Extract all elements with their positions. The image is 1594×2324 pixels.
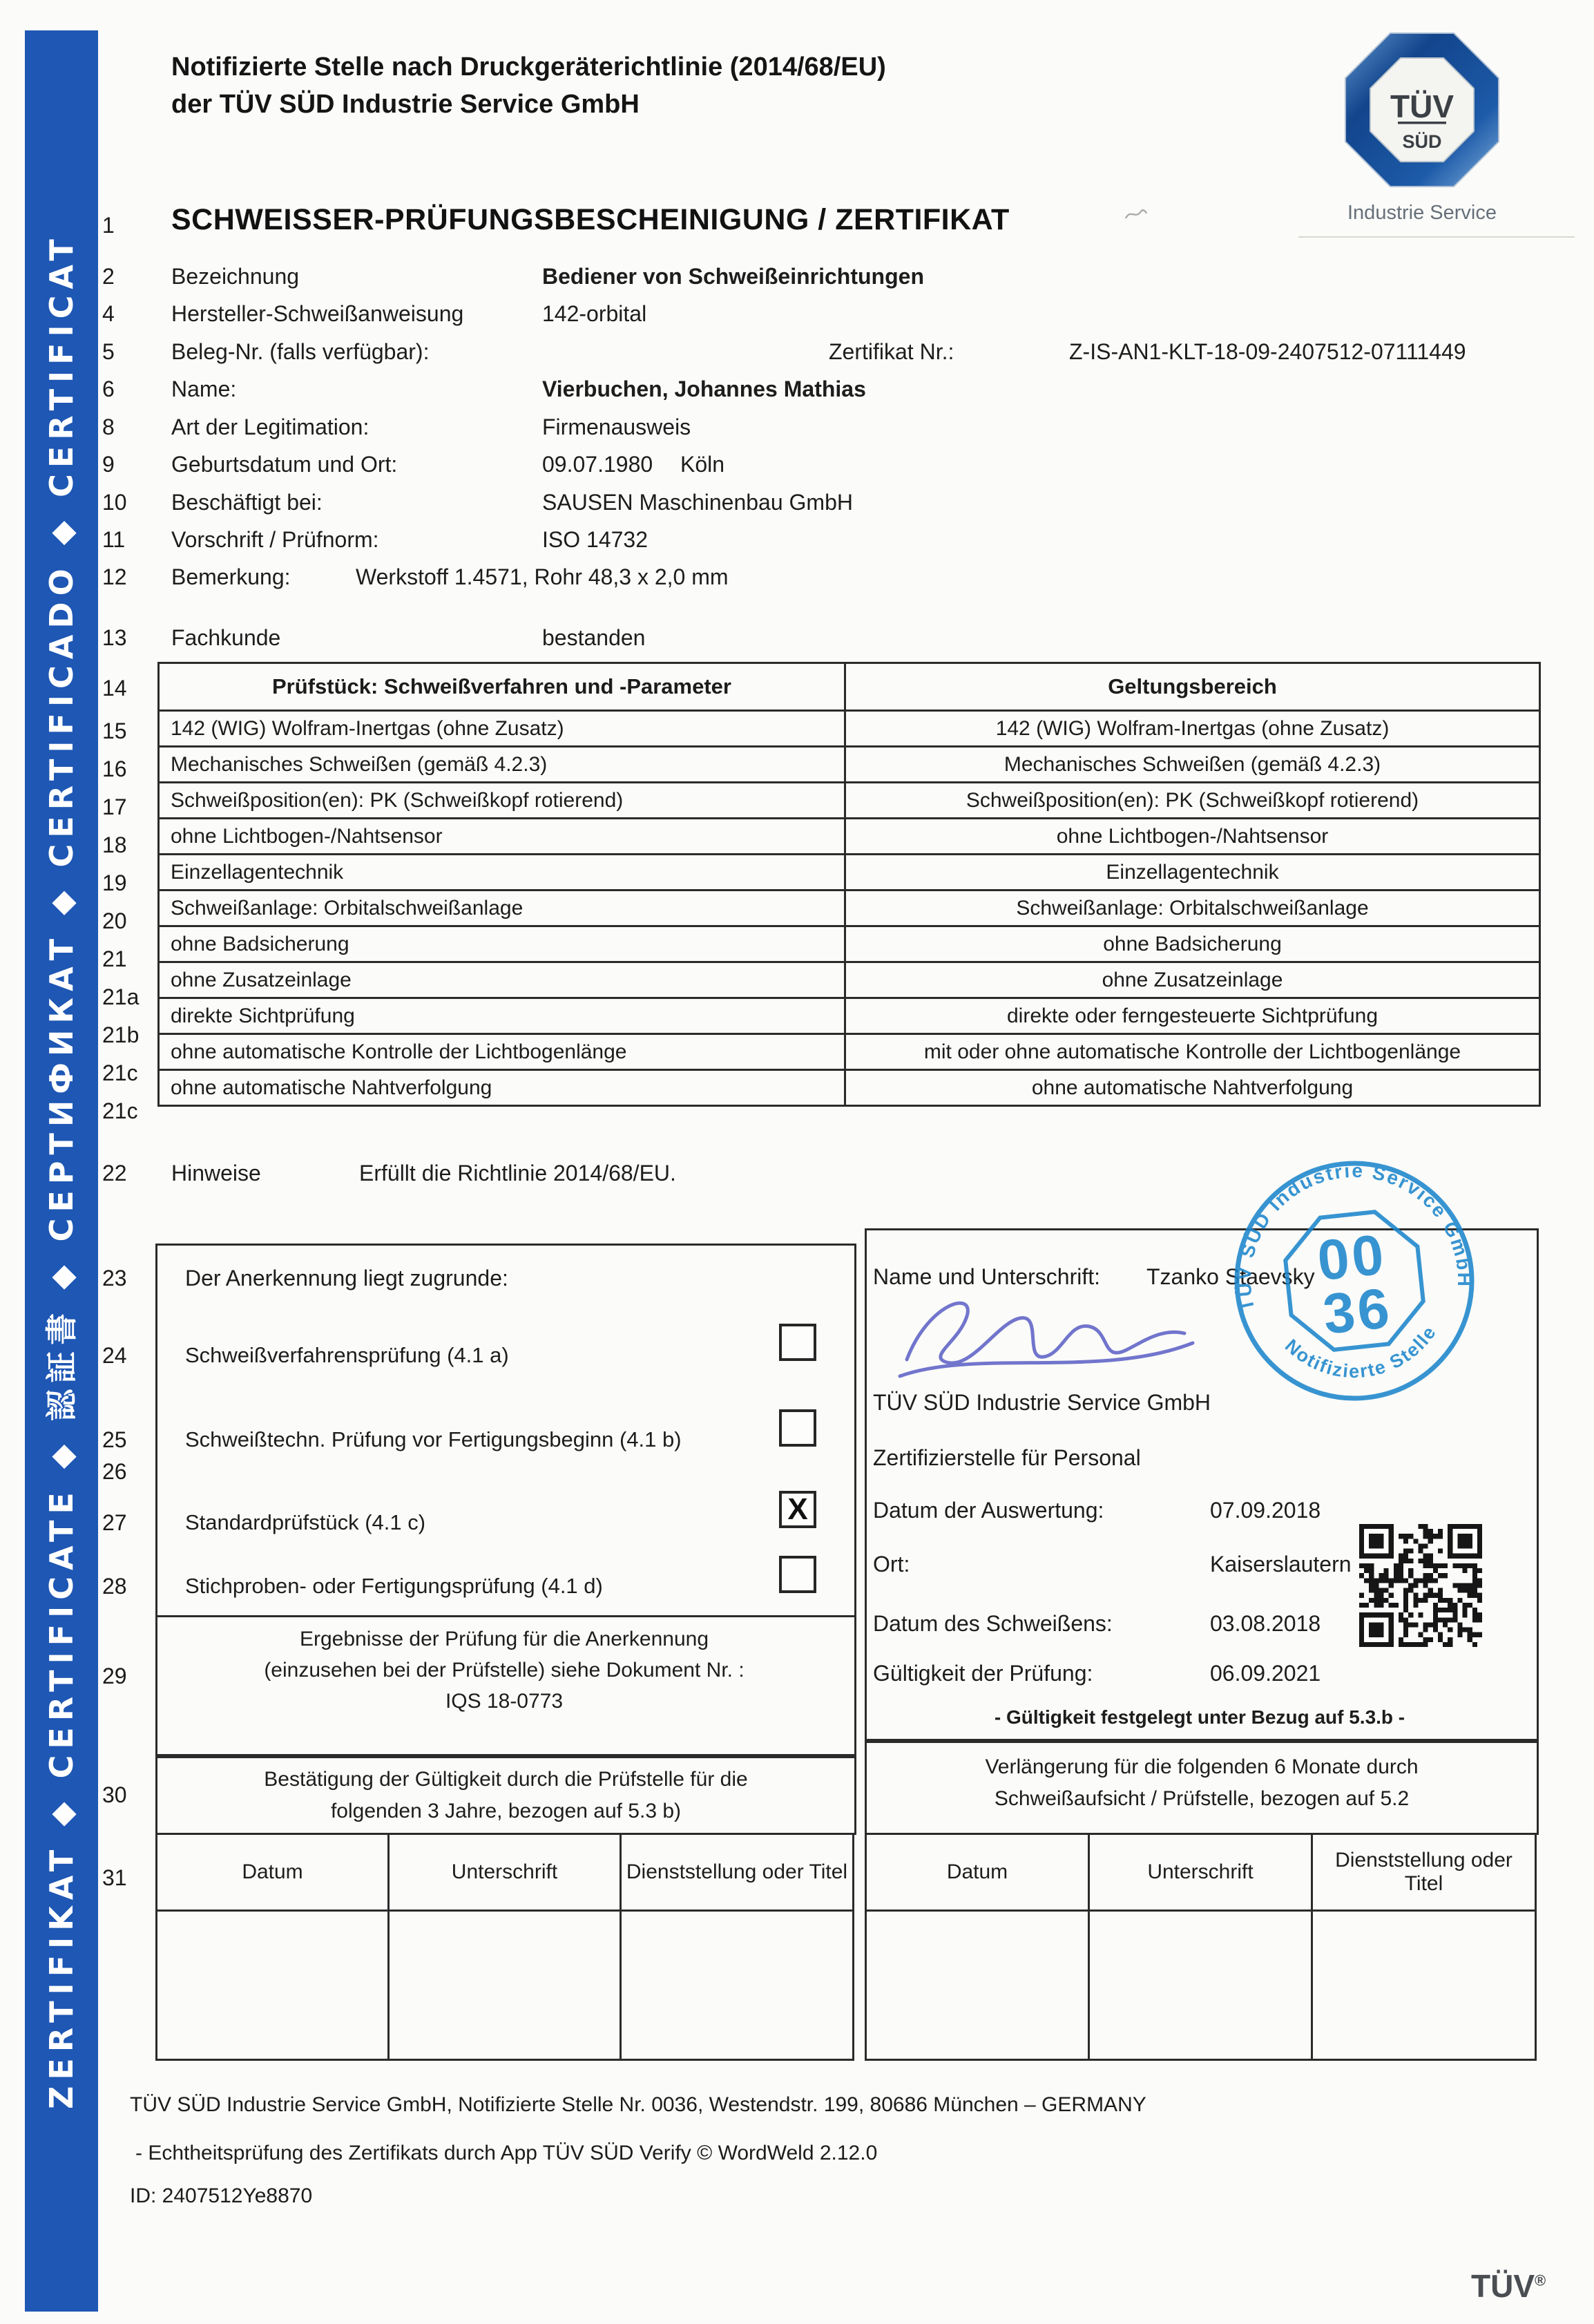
validity-label: Gültigkeit der Prüfung: xyxy=(873,1661,1093,1686)
scope-header-left: Prüfstück: Schweißverfahren und -Paramet… xyxy=(159,663,845,711)
scope-cell: Schweißposition(en): PK (Schweißkopf rot… xyxy=(159,783,845,819)
row-number-29: 29 xyxy=(102,1664,127,1689)
row-number-22: 22 xyxy=(102,1161,127,1186)
sig-header-datum: Datum xyxy=(866,1834,1089,1911)
ort-value: Kaiserslautern xyxy=(1210,1552,1352,1577)
scope-cell: Schweißposition(en): PK (Schweißkopf rot… xyxy=(845,783,1540,819)
row-number-15: 15 xyxy=(102,718,127,744)
row-number-4: 4 xyxy=(102,301,115,327)
renewal-right-box: Verlängerung für die folgenden 6 Monate … xyxy=(865,1741,1539,1835)
brand-tuv: TÜV xyxy=(1471,2268,1535,2304)
field-label-pruefnorm: Vorschrift / Prüfnorm: xyxy=(171,527,379,553)
scope-cell: Schweißanlage: Orbitalschweißanlage xyxy=(159,890,845,926)
field-value-legitimation: Firmenausweis xyxy=(542,415,691,440)
scope-row: ohne automatische Nahtverfolgungohne aut… xyxy=(159,1070,1540,1106)
sig-header-dienststellung: Dienststellung oder Titel xyxy=(620,1834,853,1911)
sig-header-dienststellung: Dienststellung oder Titel xyxy=(1312,1834,1536,1911)
footer-id: ID: 2407512Ye8870 xyxy=(130,2184,312,2208)
row-number-8: 8 xyxy=(102,415,115,440)
field-label-beschaeftigt: Beschäftigt bei: xyxy=(171,490,323,515)
scope-cell: 142 (WIG) Wolfram-Inertgas (ohne Zusatz) xyxy=(845,711,1540,747)
field-value-pruefnorm: ISO 14732 xyxy=(542,527,648,553)
eval-date-value: 07.09.2018 xyxy=(1210,1498,1321,1523)
field-label-legitimation: Art der Legitimation: xyxy=(171,415,369,440)
scope-header-row: Prüfstück: Schweißverfahren und -Paramet… xyxy=(159,663,1540,711)
certificate-page: ZERTIFIKAT ◆ CERTIFICATE ◆ 認証書 ◆ СЕРТИФИ… xyxy=(0,0,1594,2324)
results-line2: (einzusehen bei der Prüfstelle) siehe Do… xyxy=(166,1655,843,1686)
row-number-21c: 21c xyxy=(102,1060,138,1086)
scope-cell: ohne automatische Nahtverfolgung xyxy=(159,1070,845,1106)
row-number-12: 12 xyxy=(102,564,127,590)
recognition-divider xyxy=(157,1615,854,1617)
field-label-fachkunde: Fachkunde xyxy=(171,625,280,651)
field-value-name: Vierbuchen, Johannes Mathias xyxy=(542,377,866,402)
scope-row: EinzellagentechnikEinzellagentechnik xyxy=(159,855,1540,890)
checkbox-4-1-c: X xyxy=(779,1491,816,1528)
results-line1: Ergebnisse der Prüfung für die Anerkennu… xyxy=(166,1623,843,1655)
scope-cell: Mechanisches Schweißen (gemäß 4.2.3) xyxy=(159,747,845,783)
field-label-bezeichnung: Bezeichnung xyxy=(171,264,299,289)
field-label-geburtsdatum: Geburtsdatum und Ort: xyxy=(171,452,397,477)
recognition-item-label: Schweißverfahrensprüfung (4.1 a) xyxy=(185,1343,509,1368)
scope-cell: ohne Badsicherung xyxy=(159,926,845,962)
row-number-23: 23 xyxy=(102,1266,127,1291)
scope-row: ohne automatische Kontrolle der Lichtbog… xyxy=(159,1034,1540,1070)
row-number-31: 31 xyxy=(102,1865,127,1891)
scope-header-right: Geltungsbereich xyxy=(845,663,1540,711)
sig-header-unterschrift: Unterschrift xyxy=(1089,1834,1312,1911)
row-number-14: 14 xyxy=(102,676,127,701)
row-number-2: 2 xyxy=(102,264,115,289)
scope-row: ohne Badsicherungohne Badsicherung xyxy=(159,926,1540,962)
field-label-hinweise: Hinweise xyxy=(171,1161,261,1186)
row-number-9: 9 xyxy=(102,452,115,477)
row-number-16: 16 xyxy=(102,756,127,782)
renewal-left-line1: Bestätigung der Gültigkeit durch die Prü… xyxy=(157,1764,854,1796)
results-line3: IQS 18-0773 xyxy=(166,1686,843,1717)
row-number-30: 30 xyxy=(102,1782,127,1808)
renewal-left-line2: folgenden 3 Jahre, bezogen auf 5.3 b) xyxy=(157,1796,854,1827)
row-number-27: 27 xyxy=(102,1510,127,1536)
scope-cell: ohne Lichtbogen-/Nahtsensor xyxy=(845,819,1540,855)
row-number-24: 24 xyxy=(102,1343,127,1369)
eval-date-label: Datum der Auswertung: xyxy=(873,1498,1104,1523)
scope-cell: Einzellagentechnik xyxy=(845,855,1540,890)
row-number-21b: 21b xyxy=(102,1022,139,1048)
field-value-geburtsort: Köln xyxy=(680,452,724,477)
sig-header-datum: Datum xyxy=(157,1834,389,1911)
sig-cell-empty xyxy=(620,1911,853,2060)
notified-body-stamp: TÜV SÜD Industrie Service GmbH Notifizie… xyxy=(1226,1152,1483,1409)
signature-table-right: Datum Unterschrift Dienststellung oder T… xyxy=(865,1833,1537,2061)
field-label-bemerkung: Bemerkung: xyxy=(171,564,291,590)
field-value-schweissanweisung: 142-orbital xyxy=(542,301,646,327)
brand-mark: TÜV® xyxy=(1471,2267,1546,2305)
field-value-beschaeftigt: SAUSEN Maschinenbau GmbH xyxy=(542,490,853,515)
row-number-19: 19 xyxy=(102,870,127,896)
scope-cell: Einzellagentechnik xyxy=(159,855,845,890)
pencil-mark xyxy=(1124,207,1148,222)
scope-row: direkte Sichtprüfungdirekte oder fernges… xyxy=(159,998,1540,1034)
checkbox-4-1-d xyxy=(779,1556,816,1593)
scope-cell: Schweißanlage: Orbitalschweißanlage xyxy=(845,890,1540,926)
scope-cell: direkte Sichtprüfung xyxy=(159,998,845,1034)
recognition-item-label: Standardprüfstück (4.1 c) xyxy=(185,1510,425,1535)
field-value-hinweise: Erfüllt die Richtlinie 2014/68/EU. xyxy=(359,1161,676,1186)
renewal-left-box: Bestätigung der Gültigkeit durch die Prü… xyxy=(155,1756,856,1835)
field-label-beleg-nr: Beleg-Nr. (falls verfügbar): xyxy=(171,339,429,365)
row-number-21c-2: 21c xyxy=(102,1098,138,1124)
logo-sud-text: SÜD xyxy=(1402,131,1441,152)
sig-cell-empty xyxy=(157,1911,389,2060)
certifier-department: Zertifizierstelle für Personal xyxy=(873,1445,1141,1471)
row-number-18: 18 xyxy=(102,832,127,858)
row-number-5: 5 xyxy=(102,339,115,365)
scope-cell: ohne automatische Kontrolle der Lichtbog… xyxy=(159,1034,845,1070)
logo-divider xyxy=(1398,122,1446,124)
scope-row: Schweißanlage: OrbitalschweißanlageSchwe… xyxy=(159,890,1540,926)
renewal-right-line2: Schweißaufsicht / Prüfstelle, bezogen au… xyxy=(867,1783,1537,1815)
row-number-6: 6 xyxy=(102,377,115,402)
registered-icon: ® xyxy=(1535,2272,1546,2289)
checkbox-4-1-a xyxy=(779,1324,816,1361)
sig-cell-empty xyxy=(866,1911,1089,2060)
sidebar-vertical-text: ZERTIFIKAT ◆ CERTIFICATE ◆ 認証書 ◆ СЕРТИФИ… xyxy=(25,30,98,2312)
recognition-title: Der Anerkennung liegt zugrunde: xyxy=(185,1266,508,1291)
signature xyxy=(894,1282,1198,1389)
row-number-13: 13 xyxy=(102,625,127,651)
field-label-schweissanweisung: Hersteller-Schweißanweisung xyxy=(171,301,463,327)
scope-row: Schweißposition(en): PK (Schweißkopf rot… xyxy=(159,783,1540,819)
scope-cell: ohne Lichtbogen-/Nahtsensor xyxy=(159,819,845,855)
row-number-25: 25 xyxy=(102,1427,127,1453)
scope-row: 142 (WIG) Wolfram-Inertgas (ohne Zusatz)… xyxy=(159,711,1540,747)
row-number-26: 26 xyxy=(102,1459,127,1485)
row-number-11: 11 xyxy=(102,527,125,553)
row-number-21a: 21a xyxy=(102,984,139,1010)
page-title: SCHWEISSER-PRÜFUNGSBESCHEINIGUNG / ZERTI… xyxy=(171,203,1010,237)
field-label-zertifikat-nr: Zertifikat Nr.: xyxy=(829,339,954,365)
sig-header-unterschrift: Unterschrift xyxy=(388,1834,620,1911)
logo-rule xyxy=(1298,236,1575,238)
logo-tuv-text: TÜV xyxy=(1390,88,1454,124)
qr-code xyxy=(1359,1524,1482,1650)
scope-cell: ohne Zusatzeinlage xyxy=(845,962,1540,998)
scope-cell: 142 (WIG) Wolfram-Inertgas (ohne Zusatz) xyxy=(159,711,845,747)
sig-cell-empty xyxy=(388,1911,620,2060)
scope-cell: mit oder ohne automatische Kontrolle der… xyxy=(845,1034,1540,1070)
tuv-sud-logo: TÜV SÜD xyxy=(1337,29,1507,189)
header-line1: Notifizierte Stelle nach Druckgeräterich… xyxy=(171,53,886,82)
checkbox-4-1-b xyxy=(779,1409,816,1447)
field-value-bezeichnung: Bediener von Schweißeinrichtungen xyxy=(542,264,924,289)
sig-cell-empty xyxy=(1089,1911,1312,2060)
checkbox-mark: X xyxy=(787,1492,807,1526)
field-value-bemerkung: Werkstoff 1.4571, Rohr 48,3 x 2,0 mm xyxy=(356,564,729,590)
recognition-item-label: Schweißtechn. Prüfung vor Fertigungsbegi… xyxy=(185,1427,682,1452)
scope-row: ohne Lichtbogen-/Nahtsensorohne Lichtbog… xyxy=(159,819,1540,855)
field-value-geburtsdatum: 09.07.1980 xyxy=(542,452,653,477)
ort-label: Ort: xyxy=(873,1552,910,1577)
row-number-28: 28 xyxy=(102,1574,127,1599)
weld-date-value: 03.08.2018 xyxy=(1210,1611,1321,1637)
signature-table-left: Datum Unterschrift Dienststellung oder T… xyxy=(155,1833,854,2061)
field-value-fachkunde: bestanden xyxy=(542,625,645,651)
sidebar-band: ZERTIFIKAT ◆ CERTIFICATE ◆ 認証書 ◆ СЕРТИФИ… xyxy=(25,30,98,2312)
renewal-right-line1: Verlängerung für die folgenden 6 Monate … xyxy=(867,1751,1537,1783)
row-number-1: 1 xyxy=(102,213,115,238)
header-line2: der TÜV SÜD Industrie Service GmbH xyxy=(171,90,640,120)
validity-value: 06.09.2021 xyxy=(1210,1661,1321,1686)
row-number-17: 17 xyxy=(102,794,127,820)
certifier-company: TÜV SÜD Industrie Service GmbH xyxy=(873,1390,1211,1416)
footer-verify: - Echtheitsprüfung des Zertifikats durch… xyxy=(135,2142,877,2165)
recognition-results: Ergebnisse der Prüfung für die Anerkennu… xyxy=(166,1623,843,1717)
stamp-number-bottom: 36 xyxy=(1321,1277,1395,1346)
row-number-10: 10 xyxy=(102,490,127,515)
field-label-name: Name: xyxy=(171,377,236,402)
recognition-item-label: Stichproben- oder Fertigungsprüfung (4.1… xyxy=(185,1574,603,1599)
scope-row: ohne Zusatzeinlageohne Zusatzeinlage xyxy=(159,962,1540,998)
scope-cell: ohne Badsicherung xyxy=(845,926,1540,962)
field-value-zertifikat-nr: Z-IS-AN1-KLT-18-09-2407512-07111449 xyxy=(1069,339,1466,365)
scope-cell: direkte oder ferngesteuerte Sichtprüfung xyxy=(845,998,1540,1034)
scope-cell: Mechanisches Schweißen (gemäß 4.2.3) xyxy=(845,747,1540,783)
validity-note: - Gültigkeit festgelegt unter Bezug auf … xyxy=(865,1706,1535,1728)
logo-caption: Industrie Service xyxy=(1318,202,1526,225)
row-number-20: 20 xyxy=(102,908,127,934)
scope-cell: ohne Zusatzeinlage xyxy=(159,962,845,998)
scope-row: Mechanisches Schweißen (gemäß 4.2.3)Mech… xyxy=(159,747,1540,783)
sig-cell-empty xyxy=(1312,1911,1536,2060)
scope-cell: ohne automatische Nahtverfolgung xyxy=(845,1070,1540,1106)
row-number-21: 21 xyxy=(102,946,127,972)
scope-table: Prüfstück: Schweißverfahren und -Paramet… xyxy=(157,662,1541,1107)
footer-address: TÜV SÜD Industrie Service GmbH, Notifizi… xyxy=(130,2093,1146,2117)
weld-date-label: Datum des Schweißens: xyxy=(873,1611,1113,1637)
